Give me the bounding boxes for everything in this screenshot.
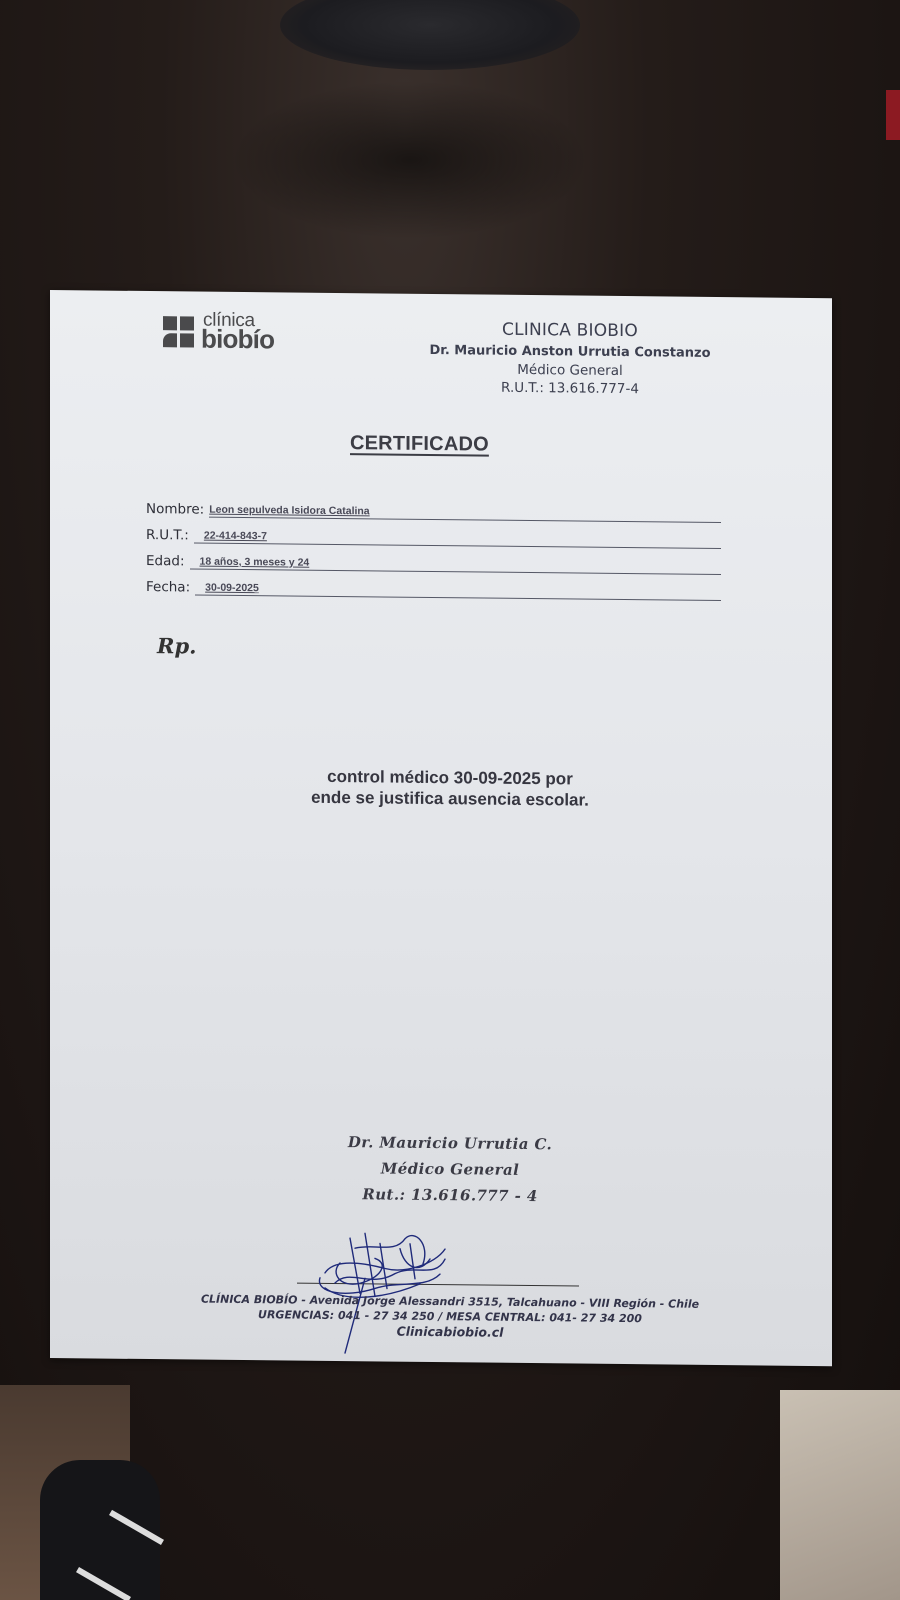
patient-fields: Nombre: Leon sepulveda Isidora Catalina … <box>146 491 721 601</box>
logo-text-bottom: biobío <box>201 324 274 356</box>
red-object <box>886 90 900 140</box>
logo-square-icon <box>163 316 177 330</box>
stamp-line: Rut.: 13.616.777 - 4 <box>320 1181 580 1210</box>
logo-square-icon <box>180 333 194 347</box>
field-label: R.U.T.: <box>146 527 189 543</box>
shadow <box>230 80 590 240</box>
stamp-line: Médico General <box>320 1155 580 1184</box>
clinic-name: CLINICA BIOBIO <box>390 319 750 343</box>
doctor-stamp: Dr. Mauricio Urrutia C. Médico General R… <box>320 1129 580 1210</box>
stamp-line: Dr. Mauricio Urrutia C. <box>320 1129 580 1158</box>
clinic-logo: clínica biobío <box>163 313 313 360</box>
doctor-rut: R.U.T.: 13.616.777-4 <box>390 379 750 399</box>
certificate-paper: clínica biobío CLINICA BIOBIO Dr. Mauric… <box>50 290 832 1366</box>
logo-square-icon <box>180 316 194 330</box>
clinic-footer: CLÍNICA BIOBÍO - Avenida Jorge Alessandr… <box>180 1291 720 1342</box>
body-line: ende se justifica ausencia escolar. <box>240 786 660 811</box>
document-title: CERTIFICADO <box>350 432 489 456</box>
field-label: Fecha: <box>146 579 190 595</box>
field-value: Leon sepulveda Isidora Catalina <box>209 504 369 518</box>
field-value: 30-09-2025 <box>205 582 259 595</box>
field-fecha: Fecha: 30-09-2025 <box>146 569 721 601</box>
letterhead: CLINICA BIOBIO Dr. Mauricio Anston Urrut… <box>390 319 750 399</box>
field-value: 18 años, 3 meses y 24 <box>200 556 310 569</box>
doctor-name: Dr. Mauricio Anston Urrutia Constanzo <box>390 343 750 362</box>
cloth-background <box>280 0 580 70</box>
field-label: Edad: <box>146 553 185 569</box>
rp-mark: Rp. <box>157 633 196 658</box>
certificate-body: control médico 30-09-2025 por ende se ju… <box>240 765 660 811</box>
doctor-specialty: Médico General <box>390 361 750 381</box>
floor-right <box>780 1390 900 1600</box>
field-label: Nombre: <box>146 501 204 518</box>
field-value: 22-414-843-7 <box>204 530 267 543</box>
logo-square-icon <box>163 333 177 347</box>
